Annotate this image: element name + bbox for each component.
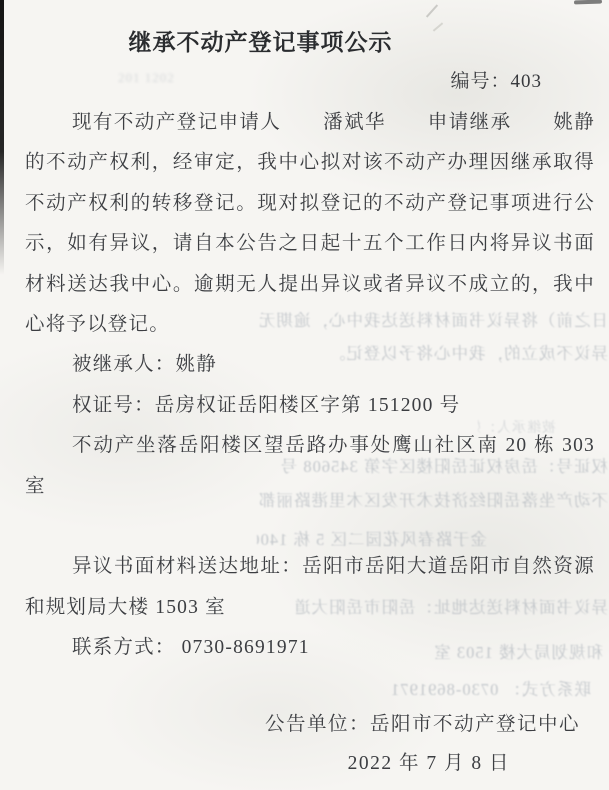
page-title: 继承不动产登记事项公示 [0,24,565,57]
body-line: 示，如有异议，请自本公告之日起十五个工作日内将异议书面 [25,224,595,264]
doc-body: 现有不动产登记申请人 潘斌华 申请继承 姚静 的不动产权利，经审定，我中心拟对该… [25,103,595,709]
scanned-notice-page: { "doc": { "title": "继承不动产登记事项公示", "doc_… [0,0,609,790]
body-line: 的不动产权利，经审定，我中心拟对该不动产办理因继承取得 [25,143,595,183]
body-line-objection-address: 异议书面材料送达地址：岳阳市岳阳大道岳阳市自然资源 [25,547,595,587]
body-line-property-location: 不动产坐落岳阳楼区望岳路办事处鹰山社区南 20 栋 303 [25,426,595,466]
body-line: 不动产权利的转移登记。现对拟登记的不动产登记事项进行公 [25,184,595,224]
body-line: 和规划局大楼 1503 室 [25,588,595,628]
body-line-blank [25,507,595,547]
body-line-blank [25,668,595,708]
body-line-heir: 被继承人：姚静 [25,345,595,385]
signature-unit: 公告单位：岳阳市不动产登记中心 [0,712,609,738]
scan-smudge-top-right [574,0,602,4]
body-line: 现有不动产登记申请人 潘斌华 申请继承 姚静 [25,103,595,143]
body-line: 室 [25,467,595,507]
doc-number: 编号：403 [450,66,542,93]
body-line-contact-phone: 联系方式： 0730-8691971 [25,628,595,668]
bleedthrough-smudge: 201 1202 [118,70,213,86]
body-line-certificate-no: 权证号：岳房权证岳阳楼区字第 151200 号 [25,386,595,426]
body-line: 材料送达我中心。逾期无人提出异议或者异议不成立的，我中 [25,265,595,305]
signature-date: 2022 年 7 月 8 日 [0,751,609,777]
crease-mark [426,4,438,17]
body-line: 心将予以登记。 [25,305,595,345]
